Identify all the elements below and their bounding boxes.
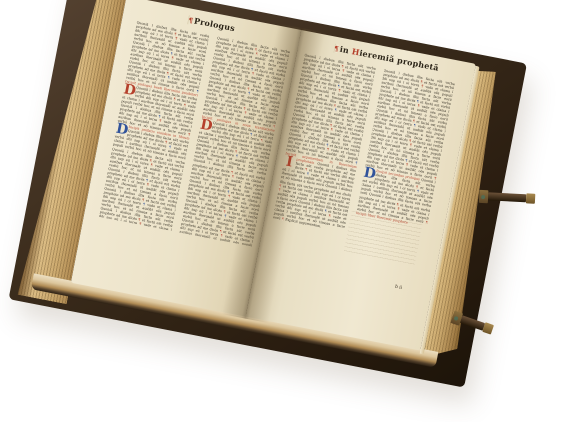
left-page-text-block: Quoniã ī diebus illis facta sūt verba pr…: [99, 20, 290, 246]
pilcrow-mark: ¶: [224, 213, 227, 217]
pilcrow-mark: ¶: [417, 189, 420, 193]
pilcrow-mark: ¶: [338, 88, 341, 92]
pilcrow-mark: ¶: [355, 161, 358, 165]
pilcrow-mark: ¶: [327, 147, 330, 151]
pilcrow-mark: ¶: [396, 202, 399, 206]
pilcrow-mark: ¶: [150, 162, 153, 166]
pilcrow-mark: ¶: [409, 143, 412, 147]
upper-clasp: [479, 189, 536, 206]
pilcrow-mark: ¶: [169, 145, 172, 149]
clasp-brass-catch-icon: [482, 322, 494, 334]
gothic-text: Quoniã ī diebus illis facta sūt verba pr…: [179, 121, 274, 246]
pilcrow-mark: ¶: [139, 221, 142, 225]
pilcrow-mark: ¶: [421, 84, 424, 88]
pilcrow-mark: ¶: [328, 213, 331, 217]
clasp-hinge-plate-icon: [479, 189, 489, 202]
pilcrow-mark: ¶: [255, 52, 258, 56]
pilcrow-mark: ¶: [147, 182, 150, 186]
pilcrow-mark: ¶: [413, 123, 416, 127]
pilcrow-mark: ¶: [324, 208, 327, 212]
pilcrow-mark: ¶: [236, 154, 239, 158]
pilcrow-mark: ¶: [406, 163, 409, 167]
pilcrow-mark: ¶: [260, 139, 263, 143]
gothic-text: Quoniã ī diebus illis facta sūt verba pr…: [99, 129, 189, 231]
left-header-title: Prologus: [193, 15, 236, 33]
pilcrow-mark: ¶: [150, 158, 153, 162]
pilcrow-mark: ¶: [165, 141, 168, 145]
pilcrow-mark: ¶: [342, 69, 345, 73]
pilcrow-mark: ¶: [228, 194, 231, 198]
pilcrow-mark: ¶: [244, 111, 247, 115]
pilcrow-mark: ¶: [231, 170, 234, 174]
pilcrow-mark: ¶: [417, 104, 420, 108]
pilcrow-mark: ¶: [184, 103, 187, 107]
pilcrow-mark: ¶: [334, 108, 337, 112]
pilcrow-mark: ¶: [167, 76, 170, 80]
pilcrow-mark: ¶: [282, 216, 285, 220]
pilcrow-mark: ¶: [171, 56, 174, 60]
pilcrow-mark: ¶: [330, 128, 333, 132]
pilcrow-mark: ¶: [278, 187, 281, 191]
pilcrow-mark: ¶: [175, 36, 178, 40]
pilcrow-mark: ¶: [143, 202, 146, 206]
photo-open-incunable-book: ¶Prologus Quoniã ī diebus illis facta sū…: [0, 0, 570, 422]
pilcrow-mark: ¶: [220, 233, 223, 237]
pilcrow-mark: ¶: [173, 97, 176, 101]
clasp-brass-catch-icon: [526, 193, 536, 203]
pilcrow-mark: ¶: [250, 133, 253, 137]
quire-signature: b ii: [394, 285, 402, 291]
pilcrow-mark: ¶: [248, 91, 251, 95]
pilcrow-mark: ¶: [188, 133, 191, 137]
pilcrow-mark: ¶: [159, 119, 162, 123]
pilcrow-mark: ¶: [196, 89, 199, 93]
gothic-text: Quoniã ī diebus illis facta sūt verba pr…: [365, 68, 455, 180]
pilcrow-mark: ¶: [252, 72, 255, 76]
pilcrow-mark: ¶: [232, 174, 235, 178]
clasp-leather-strap: [488, 192, 526, 202]
pilcrow-mark: ¶: [306, 172, 309, 176]
gothic-text: Quoniã ī diebus illis facta sūt verba pr…: [286, 53, 376, 165]
book: ¶Prologus Quoniã ī diebus illis facta sū…: [23, 0, 510, 373]
pilcrow-mark: ¶: [425, 220, 428, 224]
pilcrow-mark: ¶: [397, 206, 400, 210]
